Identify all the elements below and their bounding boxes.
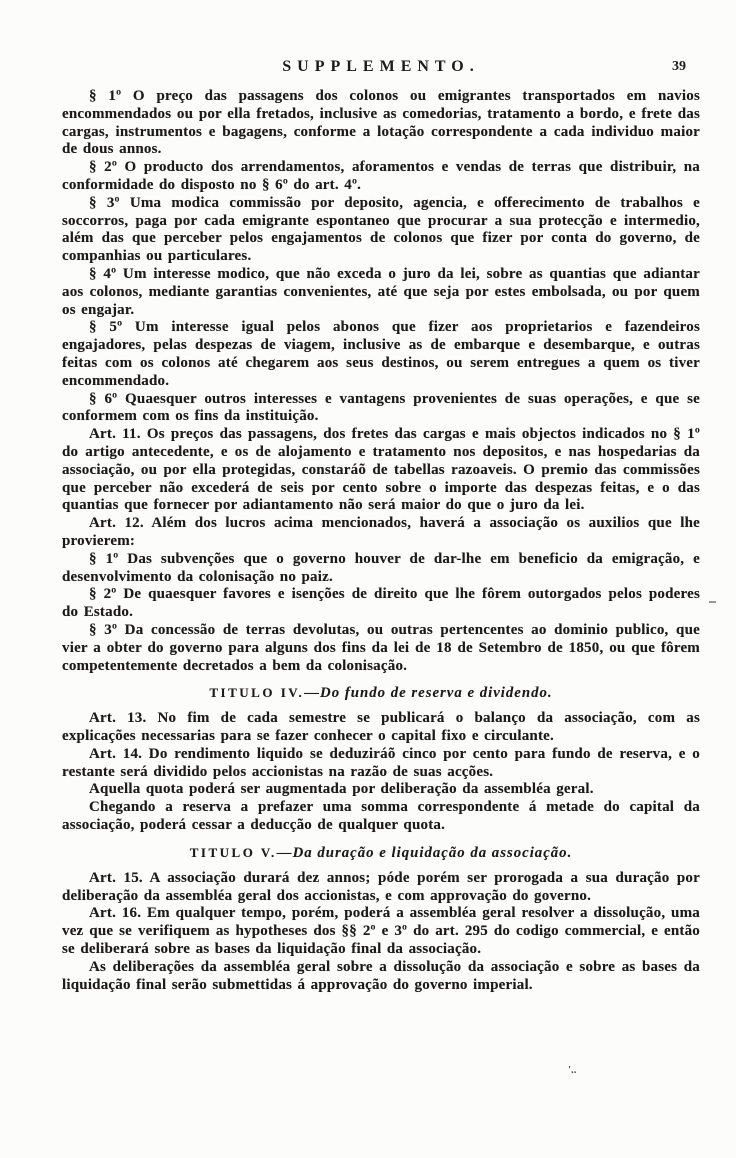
paragraph-sec4: § 4º Um interesse modico, que não exceda…	[62, 266, 700, 319]
paragraph-art-11: Art. 11. Os preços das passagens, dos fr…	[62, 426, 700, 515]
scan-artifact-dots: '..	[568, 1064, 577, 1076]
titulo-v-heading: TITULO V.—Da duração e liquidação da ass…	[62, 844, 700, 862]
paragraph-art-13: Art. 13. No fim de cada semestre se publ…	[62, 710, 700, 746]
titulo-iv-title: —Do fundo de reserva e dividendo.	[304, 685, 552, 701]
paragraph-art-12: Art. 12. Além dos lucros acima mencionad…	[62, 515, 700, 551]
paragraph-sec3: § 3º Uma modica commissão por deposito, …	[62, 195, 700, 266]
scan-artifact-dash: –	[709, 594, 716, 610]
paragraph-quota: Aquella quota poderá ser augmentada por …	[62, 781, 700, 799]
page-header: SUPPLEMENTO. 39	[62, 58, 700, 82]
paragraph-art12-sec2: § 2º De quaesquer favores e isenções de …	[62, 586, 700, 622]
paragraph-art-15: Art. 15. A associação durará dez annos; …	[62, 870, 700, 906]
titulo-v-title: —Da duração e liquidação da associação.	[277, 845, 572, 861]
paragraph-sec2: § 2º O producto dos arrendamentos, afora…	[62, 159, 700, 195]
paragraph-art12-sec3: § 3º Da concessão de terras devolutas, o…	[62, 622, 700, 675]
titulo-v-label: TITULO V.	[190, 845, 277, 860]
scanned-document-page: SUPPLEMENTO. 39 § 1º O preço das passage…	[0, 0, 736, 1158]
paragraph-deliberacoes: As deliberações da assembléa geral sobre…	[62, 959, 700, 995]
paragraph-sec1: § 1º O preço das passagens dos colonos o…	[62, 88, 700, 159]
paragraph-sec5: § 5º Um interesse igual pelos abonos que…	[62, 319, 700, 390]
paragraph-reserva: Chegando a reserva a prefazer uma somma …	[62, 799, 700, 835]
page-number: 39	[672, 59, 686, 75]
titulo-iv-heading: TITULO IV.—Do fundo de reserva e dividen…	[62, 684, 700, 702]
page-title: SUPPLEMENTO.	[282, 58, 480, 76]
paragraph-art-14: Art. 14. Do rendimento liquido se deduzi…	[62, 746, 700, 782]
paragraph-art12-sec1: § 1º Das subvenções que o governo houver…	[62, 551, 700, 587]
paragraph-sec6: § 6º Quaesquer outros interesses e vanta…	[62, 391, 700, 427]
paragraph-art-16: Art. 16. Em qualquer tempo, porém, poder…	[62, 905, 700, 958]
titulo-iv-label: TITULO IV.	[209, 685, 304, 700]
